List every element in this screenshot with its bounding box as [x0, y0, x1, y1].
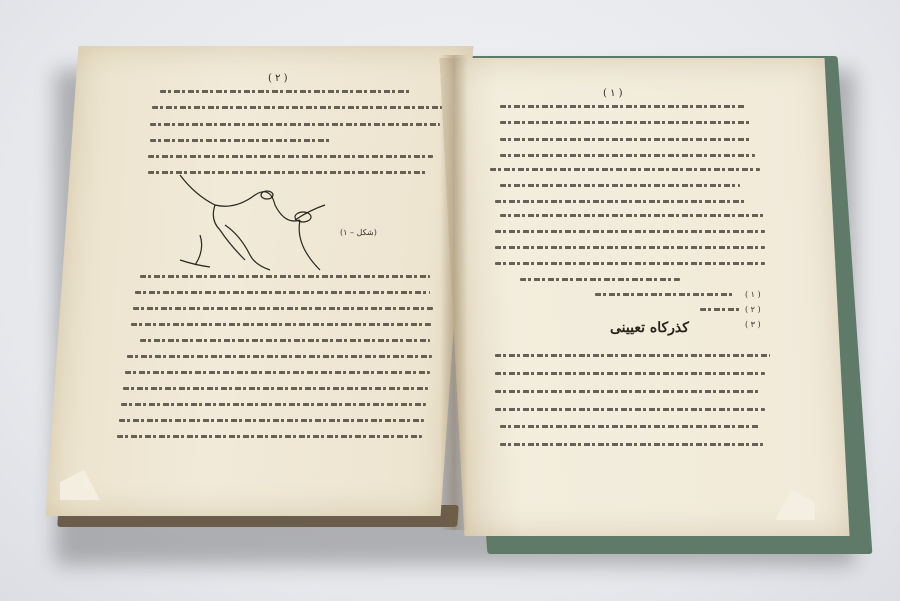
figure-caption: (شكل – ١) — [340, 228, 377, 237]
list-marker-3: ( ٣ ) — [745, 320, 761, 329]
list-marker-2: ( ٢ ) — [745, 305, 761, 314]
right-page-number: ( ١ ) — [603, 88, 623, 99]
left-page — [46, 46, 474, 516]
section-heading: كذركاه تعيينى — [610, 320, 689, 336]
map-figure — [175, 165, 335, 275]
right-page — [439, 58, 849, 536]
left-page-number: ( ٢ ) — [268, 73, 288, 84]
list-marker-1: ( ١ ) — [745, 290, 761, 299]
book-gutter — [440, 55, 468, 530]
